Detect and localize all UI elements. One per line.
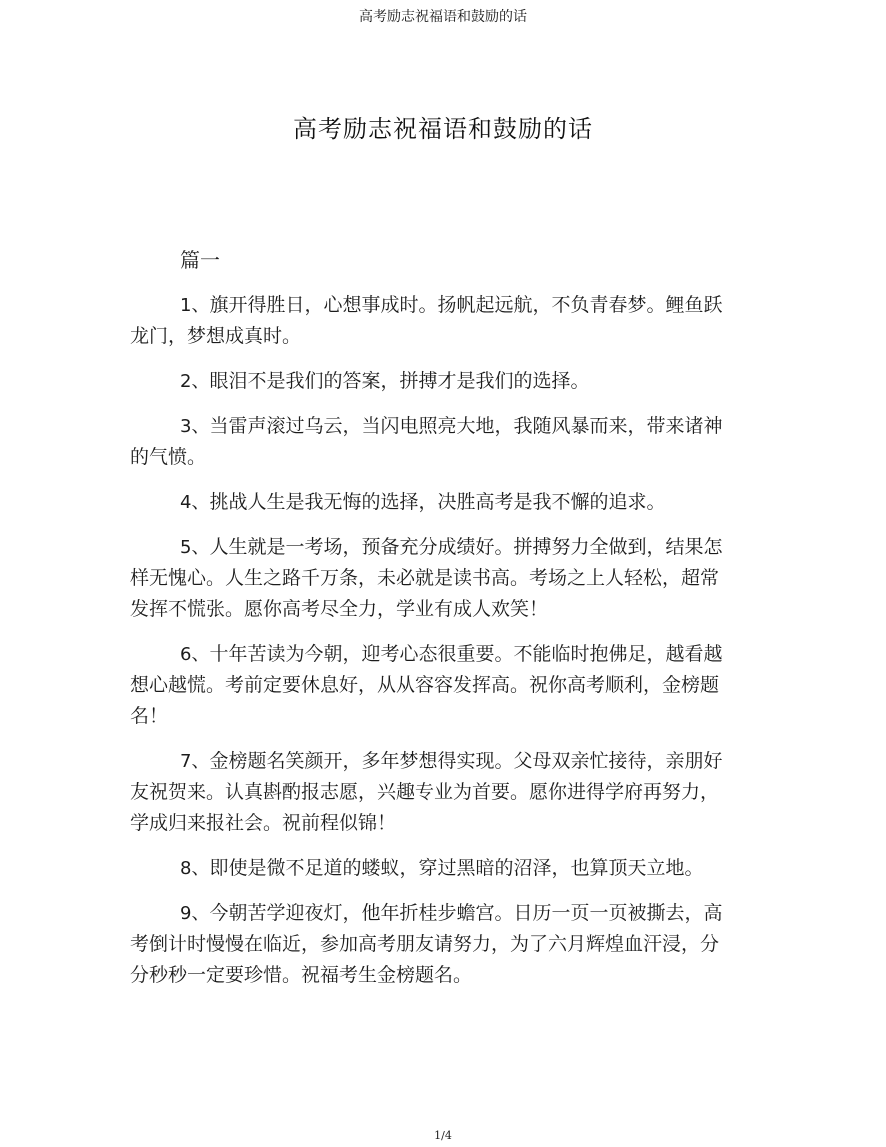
paragraph: 5、人生就是一考场，预备充分成绩好。拼搏努力全做到，结果怎样无愧心。人生之路千万… — [130, 532, 736, 625]
paragraph: 7、金榜题名笑颜开，多年梦想得实现。父母双亲忙接待，亲朋好友祝贺来。认真斟酌报志… — [130, 746, 736, 839]
paragraph-number: 6、 — [180, 644, 209, 665]
paragraph-number: 7、 — [180, 751, 209, 772]
paragraph: 3、当雷声滚过乌云，当闪电照亮大地，我随风暴而来，带来诸神的气愤。 — [130, 411, 736, 473]
paragraph-text: 挑战人生是我无悔的选择，决胜高考是我不懈的追求。 — [209, 491, 665, 513]
paragraph-number: 4、 — [180, 492, 209, 513]
paragraph-number: 3、 — [180, 416, 209, 437]
page-number: 1/4 — [0, 1129, 886, 1143]
paragraph-text: 十年苦读为今朝，迎考心态很重要。不能临时抱佛足，越看越想心越慌。考前定要休息好，… — [130, 643, 722, 727]
paragraph-number: 2、 — [180, 371, 209, 392]
paragraph-text: 人生就是一考场，预备充分成绩好。拼搏努力全做到，结果怎样无愧心。人生之路千万条，… — [130, 536, 722, 620]
document-page: 高考励志祝福语和鼓励的话 高考励志祝福语和鼓励的话 篇一 1、旗开得胜日，心想事… — [0, 0, 886, 1147]
document-body: 篇一 1、旗开得胜日，心想事成时。扬帆起远航，不负青春梦。鲤鱼跃龙门，梦想成真时… — [0, 245, 886, 991]
paragraph-text: 今朝苦学迎夜灯，他年折桂步蟾宫。日历一页一页被撕去，高考倒计时慢慢在临近，参加高… — [130, 902, 722, 986]
paragraph-text: 金榜题名笑颜开，多年梦想得实现。父母双亲忙接待，亲朋好友祝贺来。认真斟酌报志愿，… — [130, 750, 722, 834]
paragraph-number: 1、 — [180, 295, 209, 316]
document-title: 高考励志祝福语和鼓励的话 — [0, 112, 886, 146]
paragraph-number: 9、 — [180, 903, 209, 924]
section-label: 篇一 — [130, 245, 736, 276]
paragraph-text: 眼泪不是我们的答案，拼搏才是我们的选择。 — [209, 370, 589, 392]
paragraph: 4、挑战人生是我无悔的选择，决胜高考是我不懈的追求。 — [130, 487, 736, 518]
paragraph-text: 即使是微不足道的蝼蚁，穿过黑暗的沼泽，也算顶天立地。 — [209, 857, 703, 879]
paragraph-text: 旗开得胜日，心想事成时。扬帆起远航，不负青春梦。鲤鱼跃龙门，梦想成真时。 — [130, 294, 722, 347]
paragraph: 9、今朝苦学迎夜灯，他年折桂步蟾宫。日历一页一页被撕去，高考倒计时慢慢在临近，参… — [130, 898, 736, 991]
paragraph: 2、眼泪不是我们的答案，拼搏才是我们的选择。 — [130, 366, 736, 397]
paragraph-text: 当雷声滚过乌云，当闪电照亮大地，我随风暴而来，带来诸神的气愤。 — [130, 415, 722, 468]
page-header-text: 高考励志祝福语和鼓励的话 — [0, 0, 886, 27]
paragraph: 1、旗开得胜日，心想事成时。扬帆起远航，不负青春梦。鲤鱼跃龙门，梦想成真时。 — [130, 290, 736, 352]
paragraph: 6、十年苦读为今朝，迎考心态很重要。不能临时抱佛足，越看越想心越慌。考前定要休息… — [130, 639, 736, 732]
paragraph-number: 8、 — [180, 858, 209, 879]
paragraph: 8、即使是微不足道的蝼蚁，穿过黑暗的沼泽，也算顶天立地。 — [130, 853, 736, 884]
paragraph-number: 5、 — [180, 537, 209, 558]
